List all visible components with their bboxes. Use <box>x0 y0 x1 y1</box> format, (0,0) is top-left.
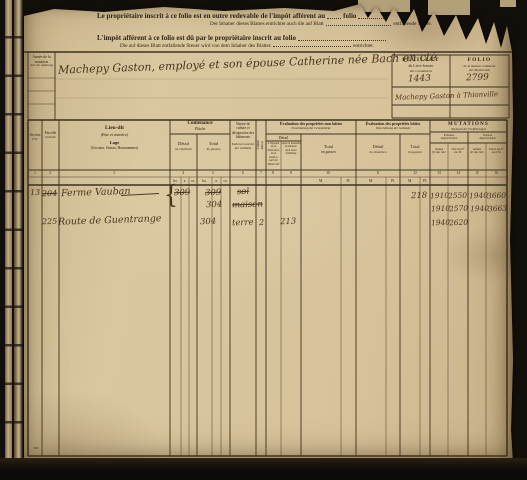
col-number: 7 <box>255 171 267 175</box>
header-fr-sub: (Rue et numéro) <box>59 132 170 137</box>
header-fr: à l'époque de la délivrance de la matric… <box>267 142 281 159</box>
notice-text: Die auf dieses Blatt entfallende Steuer … <box>120 43 271 49</box>
col-header-eval-detail-new: après la nouvelle évaluation nach neuer … <box>282 142 301 155</box>
notice-line-2-de: Die auf dieses Blatt entfallende Steuer … <box>120 43 374 49</box>
header-de: Nachweis der Fortführungen <box>430 128 507 132</box>
col-number: 2 <box>44 171 56 175</box>
unit-pfennig: Pf. <box>386 179 400 183</box>
col-header-entrees: Entrées Zugeschrieben <box>430 133 468 141</box>
header-de: Abgeschrieben <box>468 137 507 140</box>
header-de: von Nr. <box>448 151 468 154</box>
header-fr: après la nouvelle évaluation <box>282 142 301 149</box>
dotted-blank <box>358 18 386 19</box>
folio-value: 2799 <box>466 73 489 84</box>
folio-sub-de: der Mutterrolle <box>450 68 509 72</box>
header-de: Klasse <box>261 141 265 150</box>
col-header-tire-du-no: Tiré du Nº von Nr. <box>448 147 468 154</box>
entry-section: 13 <box>30 188 40 197</box>
unit-mark: M. <box>400 179 420 183</box>
col-number: 1 <box>29 171 41 175</box>
col-header-total: Total im ganzen <box>197 141 230 151</box>
group-header-mutations: MUTATIONS Nachweis der Fortführungen <box>430 122 507 132</box>
label-de: Jahr der Änderung <box>28 64 55 68</box>
col-number: 16 <box>490 171 502 175</box>
scan-bottom-edge <box>0 458 527 480</box>
mutation-year-label: Année de la mutation Jahr der Änderung <box>28 55 55 68</box>
scanned-cadastre-document: Le propriétaire inscrit à ce folio est e… <box>0 0 527 480</box>
header-de: für das Jahr <box>468 151 486 154</box>
group-header-eval-non-baties: Évaluation des propriétés non bâties Ein… <box>267 121 355 130</box>
col-header-parcelle: Parcelle Parzelle <box>42 131 59 139</box>
dotted-blank <box>326 25 392 26</box>
header-fr: Lieu-dit <box>59 125 170 132</box>
col-header-annee-in: Année für das Jahr <box>430 147 448 154</box>
header-de: Einschätzung der Grundstücke <box>267 126 355 130</box>
entry-contenance-total: 304 <box>200 217 217 228</box>
col-number: 11 <box>372 171 384 175</box>
entry-mutation-in-no: 2550 <box>448 191 467 201</box>
feuillet-title: FEUILLET <box>392 57 450 64</box>
header-de: im ganzen <box>301 150 356 154</box>
entry-parcelle: 225 <box>42 217 58 227</box>
col-number: 13 <box>433 171 445 175</box>
entry-contenance-detail: 309 <box>174 188 191 199</box>
header-de-sub: (Gewann, Strasse, Hausnummer) <box>59 146 170 150</box>
notice-line-2-fr: L'impôt afférent à ce folio est dû par l… <box>97 34 388 42</box>
entry-nature: terre <box>232 218 254 229</box>
dotted-blank <box>273 46 351 47</box>
feuillet-sub-de: des Grundbuchs <box>392 69 450 73</box>
col-number: 6 <box>237 171 249 175</box>
entry-mutation-out-year: 1940 <box>470 204 489 214</box>
notice-text: L'impôt afférent à ce folio est dû par l… <box>97 34 296 42</box>
header-de: Fläche <box>170 127 230 132</box>
unit-pfennig: Pf. <box>341 179 356 183</box>
entry-mutation-in-no: 2570 <box>449 204 468 214</box>
notice-text: folio <box>343 12 356 20</box>
col-number: 14 <box>452 171 464 175</box>
entry-contenance-total: 309 <box>205 188 222 199</box>
unit-ca: ca. <box>189 179 197 183</box>
entry-mutation-out-no: 3660 <box>487 191 506 201</box>
header-de: Einschätzung der Gebäude <box>357 126 429 130</box>
folio-title: FOLIO <box>450 57 509 64</box>
header-de: für das Jahr <box>430 151 448 154</box>
entry-mutation-out-year: 1940 <box>469 191 488 201</box>
entry-mutation-in-no: 2620 <box>449 218 468 228</box>
unit-mark: M. <box>301 179 341 183</box>
col-header-eval-b-detail: Détail im einzelnen <box>356 144 400 154</box>
unit-mark: M. <box>356 179 386 183</box>
entry-nature: sol <box>237 187 250 197</box>
entry-eval-baties-total: 218 <box>411 191 428 202</box>
feuillet-value: 1443 <box>408 74 431 85</box>
col-header-eval-nb-total: Total im ganzen <box>301 144 356 154</box>
col-header-section: Section Flur <box>28 133 42 141</box>
header-de: im einzelnen <box>356 150 400 154</box>
binding-stitches <box>4 0 23 464</box>
notice-text: Le propriétaire inscrit à ce folio est e… <box>97 12 325 20</box>
header-de: Flur <box>28 137 42 141</box>
form-number: 363 <box>29 446 43 450</box>
notice-text: entrichtet. <box>353 43 374 49</box>
paper-sheet: Le propriétaire inscrit à ce folio est e… <box>24 0 513 464</box>
header-de: im ganzen <box>197 147 230 151</box>
col-header-sorties: Sorties Abgeschrieben <box>468 133 507 141</box>
entry-mutation-out-no: 3663 <box>488 204 507 214</box>
col-header-eval-detail-old: à l'époque de la délivrance de la matric… <box>267 142 281 166</box>
col-header-eval-b-total: Total im ganzen <box>400 144 430 154</box>
entry-classe: 2 <box>259 218 264 227</box>
header-de: nach der Mutterrolle <box>267 159 281 165</box>
col-number: 9 <box>285 171 297 175</box>
col-number: 3 <box>108 171 120 175</box>
entry-parcelle: 204 <box>42 189 58 199</box>
entry-eval-non-baties: 213 <box>280 217 297 228</box>
unit-pfennig: Pf. <box>420 179 430 183</box>
paper-page: Le propriétaire inscrit à ce folio est e… <box>24 0 513 464</box>
notice-line-1-de: Der Inhaber dieses Blattes entrichtet au… <box>210 21 432 27</box>
entry-nature: maison <box>232 199 263 210</box>
col-number: 10 <box>322 171 334 175</box>
unit-ca: ca. <box>221 179 230 183</box>
col-header-porte-au-no: Porté au Nº nach Nr. <box>486 147 507 154</box>
dotted-blank <box>327 18 341 19</box>
dotted-blank <box>298 40 386 41</box>
header-de: im ganzen <box>400 150 430 154</box>
notice-line-1-fr: Le propriétaire inscrit à ce folio est e… <box>97 12 388 20</box>
folio-header: FOLIO de la matrice cadastrale der Mutte… <box>450 57 509 72</box>
header-de: Parzelle <box>42 135 59 139</box>
unit-a: a. <box>212 179 221 183</box>
col-header-nature: Nature de culture et désignation des bât… <box>231 122 255 150</box>
col-number: 12 <box>409 171 421 175</box>
header-fr: Nature de culture et désignation des bât… <box>231 122 255 140</box>
notice-text: Der Inhaber dieses Blattes entrichtet au… <box>210 21 324 27</box>
entry-contenance-total-corrected: 304 <box>206 200 223 211</box>
col-number: 4 <box>177 171 189 175</box>
col-header-eval-detail: Détail <box>266 135 301 140</box>
entry-mutation-in-year: 1910 <box>431 204 450 214</box>
header-de: Zugeschrieben <box>430 137 468 140</box>
col-header-annee-out: Année für das Jahr <box>468 147 486 154</box>
col-header-lieu-dit: Lieu-dit (Rue et numéro) Lage (Gewann, S… <box>59 125 170 150</box>
col-number: 15 <box>471 171 483 175</box>
col-header-classe: Classe Klasse <box>256 120 266 170</box>
col-number: 8 <box>267 171 279 175</box>
col-number: 5 <box>207 171 219 175</box>
header-de: nach neuer Schätzung <box>282 149 301 155</box>
unit-a: a. <box>181 179 189 183</box>
group-header-contenance: Contenance Fläche <box>170 121 230 132</box>
header-de: nach Nr. <box>486 151 507 154</box>
col-header-detail: Détail im einzelnen <box>170 141 197 151</box>
group-header-eval-baties: Évaluation des propriétés bâties Einschä… <box>357 121 429 130</box>
unit-ha: ha. <box>197 179 212 183</box>
entry-mutation-in-year: 1910 <box>430 191 449 201</box>
header-de: Kulturart und Art der Gebäude <box>231 142 255 150</box>
notice-text: entfallende Steuer. <box>393 21 432 27</box>
header-de: im einzelnen <box>170 147 197 151</box>
feuillet-header: FEUILLET du Livre-foncier des Grundbuchs <box>392 57 450 73</box>
entry-mutation-in-year: 1940 <box>431 218 450 228</box>
